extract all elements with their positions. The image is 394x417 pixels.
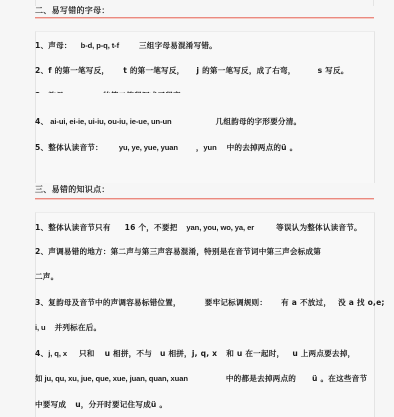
item-text: 声母：	[48, 41, 71, 50]
list-item: 4、ai-ui, ei-ie, ui-iu, ou-iu, ie-ue, un-…	[35, 116, 301, 127]
item-text: 16 个，不要把	[125, 223, 178, 232]
item-text: ü 。在这些音节	[312, 374, 367, 383]
item-text: 整体认读音节：	[48, 143, 103, 152]
item-number: 1、	[35, 223, 48, 232]
item-text: j 的第一笔写反，成了右弯，	[196, 66, 295, 75]
item-text: u 上两点要去掉，	[292, 349, 355, 358]
section-rule-2	[35, 17, 374, 19]
item-pinyin: i, u	[35, 323, 46, 332]
item-number: 4、	[35, 117, 48, 126]
item-pinyin: j, q, x	[48, 349, 67, 358]
item-text: u 相拼，j, q, x	[160, 349, 217, 358]
item-pinyin: 如 ju, qu, xu, jue, que, xue, juan, quan,…	[35, 374, 188, 383]
item-number: 1、	[35, 41, 48, 50]
item-text: 只和	[79, 349, 95, 358]
list-item-continuation: i, u并列标在后。	[35, 322, 101, 333]
list-item: 5、整体认读音节：yu, ye, yue, yuan，yun中的去掉两点的ü 。	[35, 142, 297, 153]
item-text: s 写反。	[318, 66, 349, 75]
item-pinyin: yan, you, wo, ya, er	[186, 223, 254, 232]
list-item: 4、j, q, x只和u 相拼，不与u 相拼，j, q, x和 u 在一起时，u…	[35, 348, 355, 359]
item-text: 没 a 找 o,e;	[338, 298, 385, 307]
section-heading-2: 二、易写错的字母：	[35, 5, 374, 16]
item-pinyin: yu, ye, yue, yuan	[119, 143, 178, 152]
item-number: 2、	[35, 66, 48, 75]
list-item: 2、f 的第一笔写反，t 的第一笔写反，j 的第一笔写反，成了右弯，s 写反。	[35, 65, 349, 76]
list-item: 3、复韵母及音节中的声调容易标错位置，要牢记标调规则：有 a 不放过，没 a 找…	[35, 297, 385, 308]
item-text: 中要写成	[35, 400, 66, 409]
item-pinyin: ai-ui, ei-ie, ui-iu, ou-iu, ie-ue, un-un	[50, 117, 171, 126]
list-item-continuation: 如 ju, qu, xu, jue, que, xue, juan, quan,…	[35, 373, 367, 384]
item-text: 中的都是去掉两点的	[226, 374, 296, 383]
list-item: 1、声母：b-d, p-q, t-f三组字母易混淆写错。	[35, 40, 217, 51]
item-pinyin: ，yun	[196, 143, 217, 152]
item-text: 要牢记标调规则：	[205, 298, 267, 307]
item-text: 整体认读音节只有	[48, 223, 110, 232]
item-text: u 相拼，不与	[105, 349, 152, 358]
item-number: 3、	[35, 298, 48, 307]
section-heading-3: 三、易错的知识点：	[35, 184, 374, 195]
item-text: 中的去掉两点的ü 。	[227, 143, 298, 152]
item-text: 等误认为整体认读音节。	[276, 223, 362, 232]
item-text: 和 u 在一起时，	[226, 349, 284, 358]
item-text: 声调易错的地方：第二声与第三声容易混淆，特别是在音节词中第三声会标成第	[48, 247, 321, 256]
item-number: 4、	[35, 349, 48, 358]
item-text: 有 a 不放过，	[281, 298, 331, 307]
item-text: u，分开时要记住写成ü 。	[75, 400, 167, 409]
item-pinyin: b-d, p-q, t-f	[81, 41, 119, 50]
item-number: 5、	[35, 143, 48, 152]
item-number: 2、	[35, 247, 48, 256]
item-text: 复韵母及音节中的声调容易标错位置，	[48, 298, 181, 307]
list-item-continuation: 中要写成u，分开时要记住写成ü 。	[35, 399, 167, 410]
item-text: 三组字母易混淆写错。	[139, 41, 217, 50]
section-rule-3	[35, 198, 374, 200]
section-box-3	[35, 212, 375, 417]
list-item-continuation: 二声。	[35, 271, 58, 282]
item-text: 几组韵母的字形要分清。	[216, 117, 302, 126]
section-box-2-cont	[35, 93, 375, 183]
list-item: 2、声调易错的地方：第二声与第三声容易混淆，特别是在音节词中第三声会标成第	[35, 246, 321, 257]
item-text: 二声。	[35, 272, 58, 281]
item-text: f 的第一笔写反，	[48, 66, 109, 75]
list-item: 1、整体认读音节只有16 个，不要把yan, you, wo, ya, er等误…	[35, 222, 362, 233]
item-text: t 的第一笔写反，	[123, 66, 184, 75]
item-text: 并列标在后。	[55, 323, 102, 332]
